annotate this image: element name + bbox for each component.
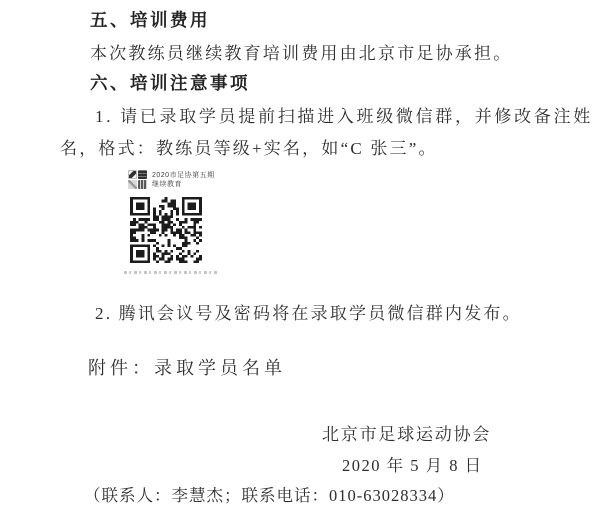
qr-group-title: 2020市足协第五期 继续教育: [152, 170, 215, 189]
section-5-body: 本次教练员继续教育培训费用由北京市足协承担。: [90, 39, 512, 64]
section-6-heading: 六、培训注意事项: [90, 70, 250, 95]
item-1-line-2: 名，格式：教练员等级+实名，如“C 张三”。: [60, 134, 438, 159]
qr-header: 2020市足协第五期 继续教育: [128, 170, 215, 189]
avatar-thumb-icon: [138, 180, 147, 189]
qr-avatar-grid: [128, 170, 147, 189]
contact-line: （联系人：李慧杰；联系电话：010-63028334）: [84, 482, 455, 506]
scanned-notice-page: 五、培训费用 本次教练员继续教育培训费用由北京市足协承担。 六、培训注意事项 1…: [0, 0, 603, 512]
qr-code: [130, 197, 202, 263]
qr-group-title-line-1: 2020市足协第五期: [152, 171, 215, 180]
signature-org: 北京市足球运动协会: [322, 420, 491, 445]
item-2: 2. 腾讯会议号及密码将在录取学员微信群内发布。: [95, 299, 522, 324]
qr-group-title-line-2: 继续教育: [152, 180, 215, 189]
avatar-thumb-icon: [128, 180, 137, 189]
section-5-heading: 五、培训费用: [90, 7, 210, 32]
attachment-line: 附件：录取学员名单: [88, 354, 286, 380]
item-1-line-1: 1. 请已录取学员提前扫描进入班级微信群，并修改备注姓: [95, 102, 593, 127]
avatar-thumb-icon: [128, 170, 137, 179]
qr-caption-illegible: [124, 271, 218, 274]
avatar-thumb-icon: [138, 170, 147, 179]
signature-date: 2020 年 5 月 8 日: [342, 452, 483, 476]
